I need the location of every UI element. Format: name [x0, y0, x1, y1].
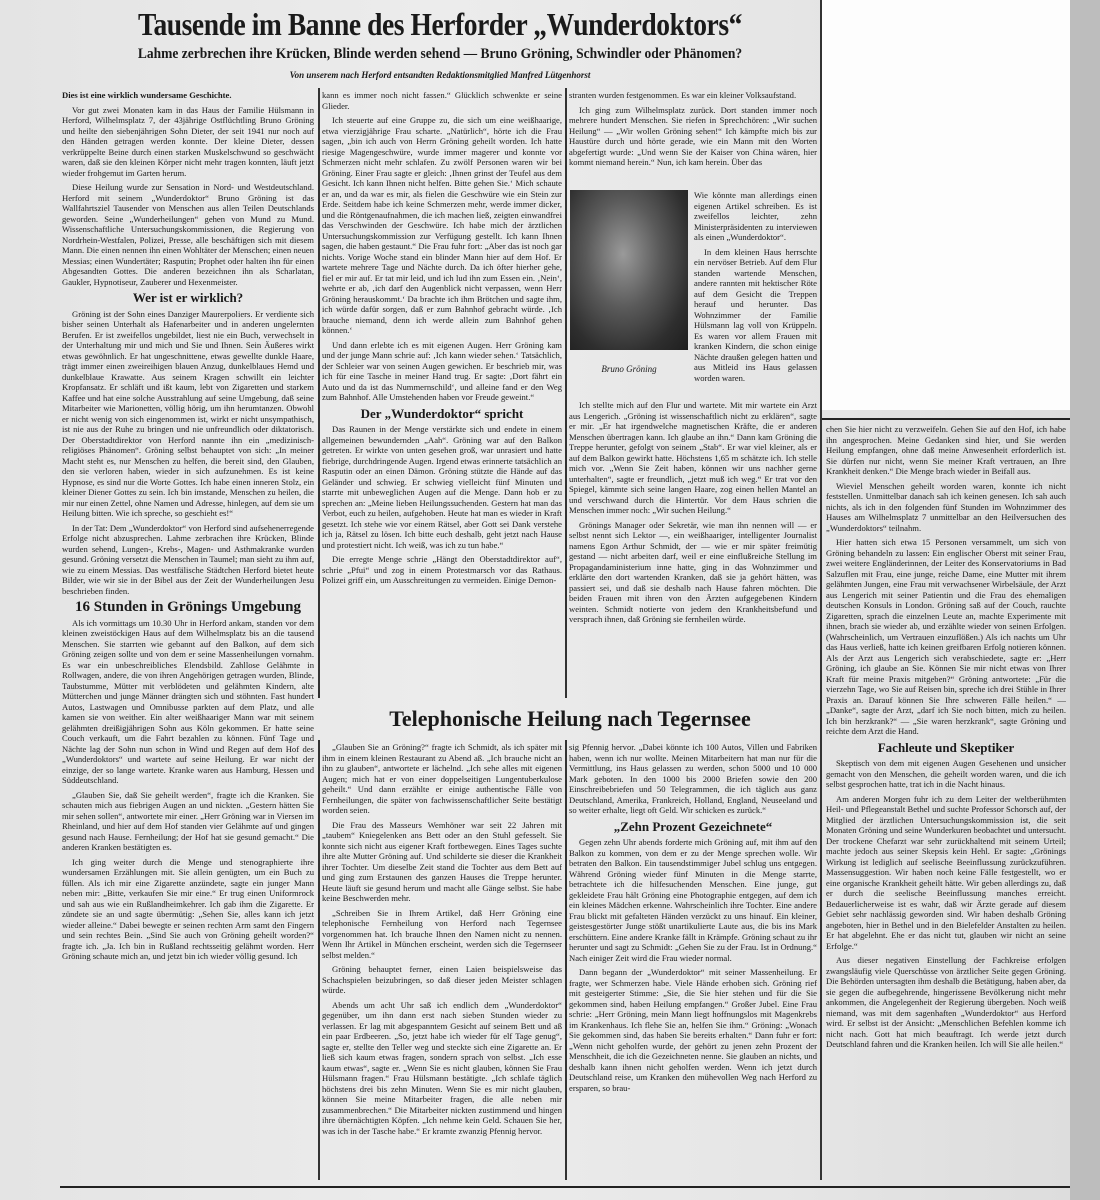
paragraph: Gegen zehn Uhr abends forderte mich Grön… — [569, 837, 817, 963]
paragraph: Ich ging zum Wilhelmsplatz zurück. Dort … — [569, 105, 817, 168]
paragraph: Ich steuerte auf eine Gruppe zu, die sic… — [322, 115, 562, 336]
paragraph: Das Raunen in der Menge verstärkte sich … — [322, 424, 562, 550]
column-divider — [318, 88, 320, 698]
paragraph: Wie könnte man allerdings einen eigenen … — [694, 190, 817, 243]
article-headline: Telephonische Heilung nach Tegernsee — [320, 706, 820, 732]
horizontal-rule — [822, 418, 1070, 420]
section-heading: Der „Wunderdoktor“ spricht — [322, 409, 562, 420]
paragraph: Ich stellte mich auf den Flur und wartet… — [569, 400, 817, 516]
newspaper-page: Tausende im Banne des Herforder „Wunderd… — [0, 0, 1100, 1200]
article-column-3-bottom: Ich stellte mich auf den Flur und wartet… — [569, 400, 817, 698]
subheadline: Lahme zerbrechen ihre Krücken, Blinde we… — [98, 46, 782, 63]
byline: Von unserem nach Herford entsandten Reda… — [60, 70, 820, 80]
paragraph: „Schreiben Sie in Ihrem Artikel, daß Her… — [322, 908, 562, 961]
headline: Tausende im Banne des Herforder „Wunderd… — [113, 6, 767, 43]
page-edge — [1070, 0, 1100, 1200]
paragraph: Die Frau des Masseurs Wemhöner war seit … — [322, 820, 562, 904]
paragraph: Aus dieser negativen Einstellung der Fac… — [826, 955, 1066, 1050]
paragraph: In der Tat: Dem „Wunderdoktor“ von Herfo… — [62, 523, 314, 597]
paragraph: Vor gut zwei Monaten kam in das Haus der… — [62, 105, 314, 179]
paragraph: stranten wurden festgenommen. Es war ein… — [569, 90, 817, 101]
paragraph: Und dann erlebte ich es mit eigenen Auge… — [322, 340, 562, 403]
column-divider — [820, 0, 822, 1180]
paragraph: Abends um acht Uhr saß ich endlich dem „… — [322, 1000, 562, 1137]
section-heading: Wer ist er wirklich? — [62, 293, 314, 304]
paragraph: Hier hatten sich etwa 15 Personen versam… — [826, 537, 1066, 737]
paragraph: Am anderen Morgen fuhr ich zu dem Leiter… — [826, 794, 1066, 952]
article-column-2: kann es immer noch nicht fassen.“ Glückl… — [322, 90, 562, 698]
paragraph: kann es immer noch nicht fassen.“ Glückl… — [322, 90, 562, 111]
paragraph: Skeptisch von dem mit eigenen Augen Gese… — [826, 758, 1066, 790]
paragraph: Als ich vormittags um 10.30 Uhr in Herfo… — [62, 618, 314, 786]
article2-column-1: „Glauben Sie an Gröning?“ fragte ich Sch… — [322, 742, 562, 1182]
paragraph: chen Sie hier nicht zu verzweifeln. Gehe… — [826, 424, 1066, 477]
paragraph: Wieviel Menschen geheilt worden waren, k… — [826, 481, 1066, 534]
article2-column-2: sig Pfennig hervor. „Dabei könnte ich 10… — [569, 742, 817, 1182]
column-divider — [565, 740, 567, 1180]
blank-area — [822, 0, 1070, 410]
article-column-3-top: stranten wurden festgenommen. Es war ein… — [569, 90, 817, 188]
paragraph: Dann begann der „Wunderdoktor“ mit seine… — [569, 967, 817, 1093]
paragraph: Ich ging weiter durch die Menge und sten… — [62, 857, 314, 962]
paragraph: Die erregte Menge schrie „Hängt den Ober… — [322, 554, 562, 586]
horizontal-rule — [60, 1186, 1070, 1188]
paragraph: sig Pfennig hervor. „Dabei könnte ich 10… — [569, 742, 817, 816]
section-heading: 16 Stunden in Grönings Umgebung — [62, 602, 314, 613]
paragraph: „Glauben Sie, daß Sie geheilt werden“, f… — [62, 790, 314, 853]
paragraph: Grönings Manager oder Sekretär, wie man … — [569, 520, 817, 625]
section-heading: Fachleute und Skeptiker — [826, 743, 1066, 754]
article-column-3-beside-photo: Wie könnte man allerdings einen eigenen … — [694, 190, 817, 386]
lead-paragraph: Dies ist eine wirklich wundersame Geschi… — [62, 90, 314, 101]
section-heading: „Zehn Prozent Gezeichnete“ — [569, 822, 817, 833]
article-column-4: chen Sie hier nicht zu verzweifeln. Gehe… — [826, 424, 1066, 1184]
paragraph: Gröning ist der Sohn eines Danziger Maur… — [62, 309, 314, 519]
paragraph: Gröning behauptet ferner, einen Laien be… — [322, 964, 562, 996]
column-divider — [565, 88, 567, 698]
paragraph: Diese Heilung wurde zur Sensation in Nor… — [62, 182, 314, 287]
paragraph: In dem kleinen Haus herrschte ein nervös… — [694, 247, 817, 384]
portrait-photo — [570, 190, 688, 350]
paragraph: „Glauben Sie an Gröning?“ fragte ich Sch… — [322, 742, 562, 816]
photo-caption: Bruno Gröning — [570, 364, 688, 374]
column-divider — [318, 740, 320, 1180]
article-column-1: Dies ist eine wirklich wundersame Geschi… — [62, 90, 314, 1184]
